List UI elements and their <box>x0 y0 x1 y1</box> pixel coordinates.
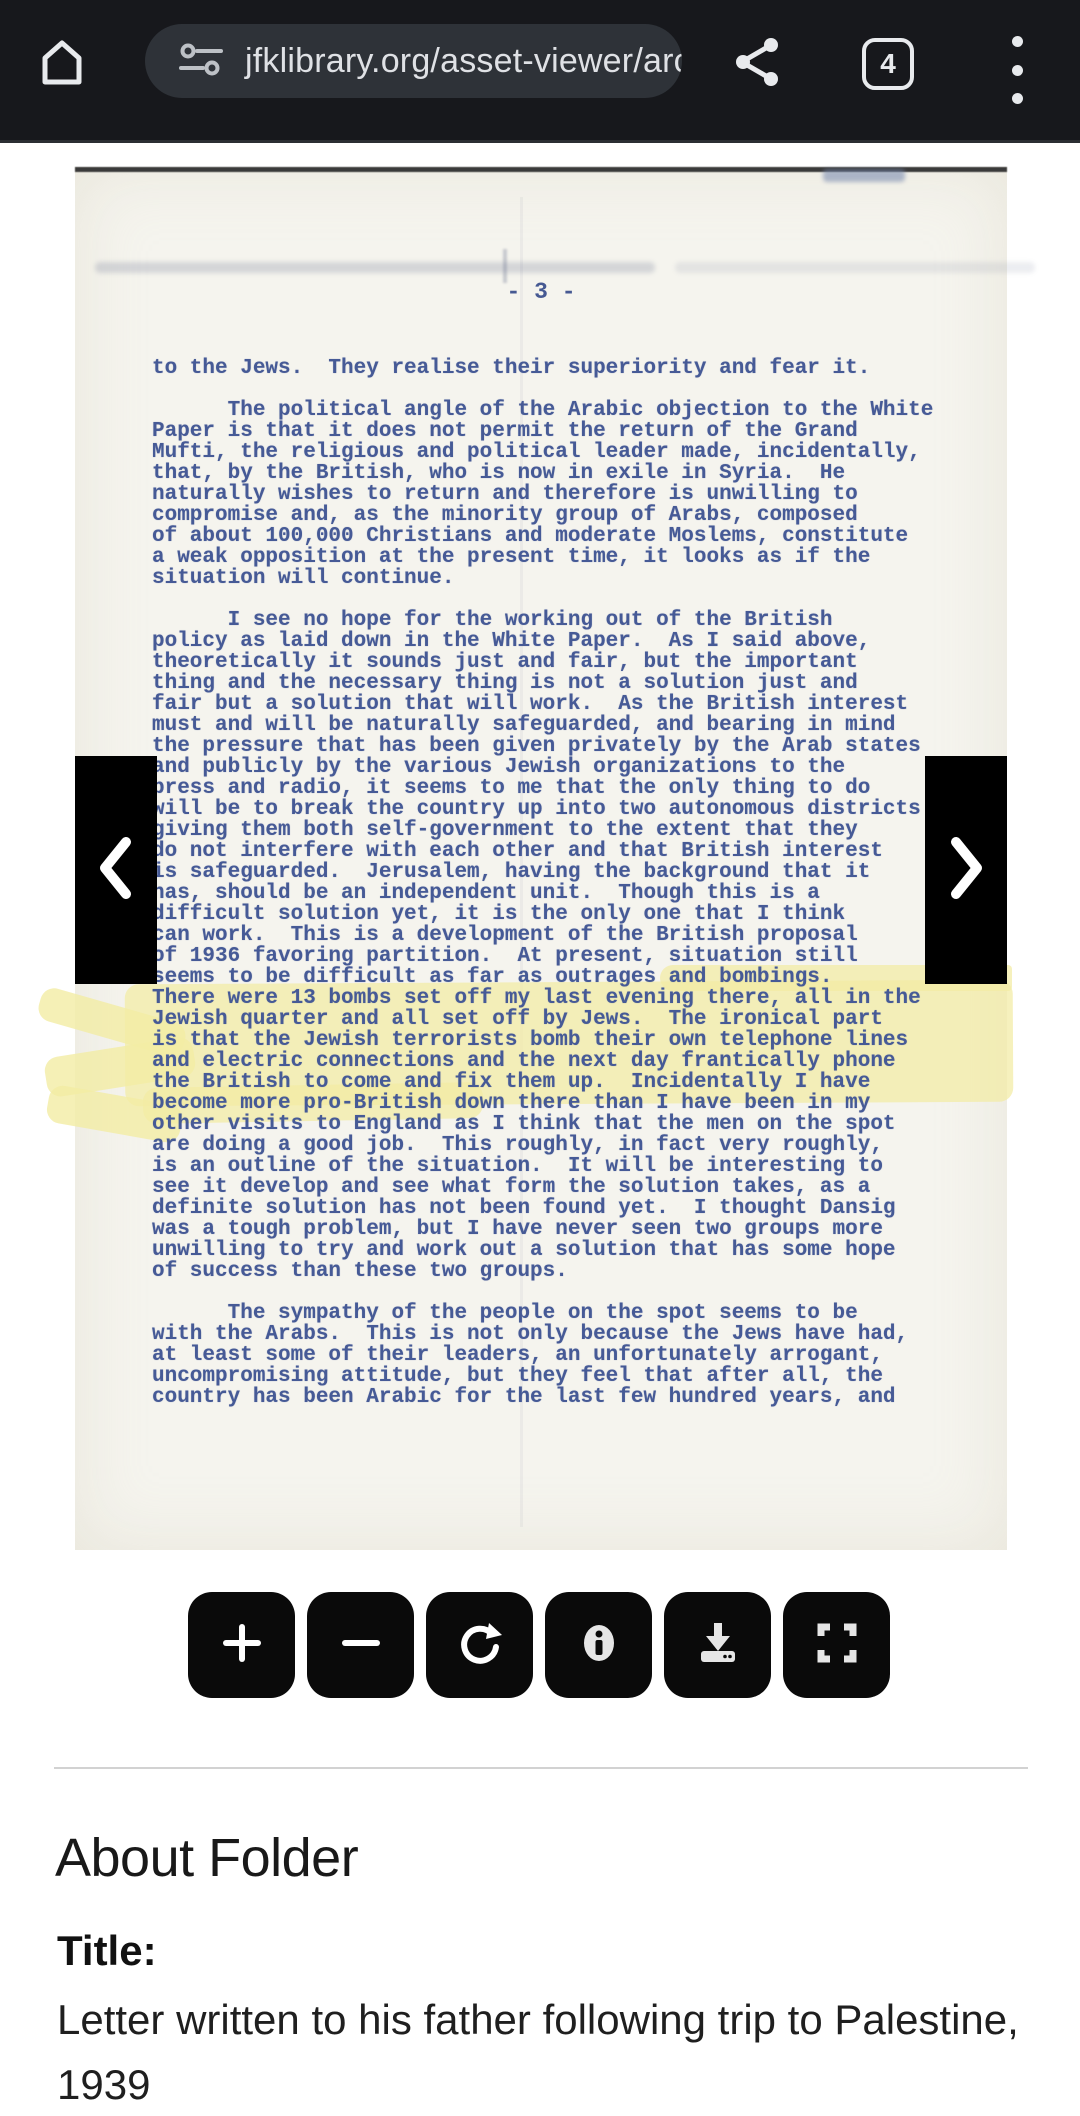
info-icon <box>575 1619 623 1672</box>
browser-menu-button[interactable] <box>1002 36 1032 104</box>
minus-icon <box>337 1619 385 1672</box>
url-bar[interactable]: jfklibrary.org/asset-viewer/arcl <box>145 24 682 98</box>
zoom-out-button[interactable] <box>307 1592 414 1698</box>
paragraph: The sympathy of the people on the spot s… <box>152 1303 1012 1408</box>
home-icon <box>34 77 90 94</box>
kebab-dot <box>1012 36 1023 47</box>
share-icon <box>733 75 783 92</box>
scanned-letter-page: - 3 - to the Jews. They realise their su… <box>75 167 1007 1550</box>
page-number: - 3 - <box>75 279 1007 305</box>
tab-switcher-button[interactable]: 4 <box>862 38 914 90</box>
site-settings-icon[interactable] <box>179 40 223 83</box>
fullscreen-icon <box>813 1619 861 1672</box>
paragraph: I see no hope for the working out of the… <box>152 610 1012 1282</box>
chevron-left-icon <box>96 836 136 905</box>
url-text[interactable]: jfklibrary.org/asset-viewer/arcl <box>245 42 682 81</box>
download-icon <box>694 1619 742 1672</box>
rotate-icon <box>456 1619 504 1672</box>
faint-scribble <box>95 262 655 273</box>
fullscreen-button[interactable] <box>783 1592 890 1698</box>
typewritten-text: to the Jews. They realise their superior… <box>152 358 1012 1429</box>
zoom-in-button[interactable] <box>188 1592 295 1698</box>
download-button[interactable] <box>664 1592 771 1698</box>
previous-page-button[interactable] <box>75 756 157 984</box>
tab-count: 4 <box>880 48 896 80</box>
about-heading: About Folder <box>55 1827 358 1889</box>
browser-toolbar: jfklibrary.org/asset-viewer/arcl 4 <box>0 0 1080 143</box>
share-button[interactable] <box>733 36 783 88</box>
plus-icon <box>218 1619 266 1672</box>
paragraph: The political angle of the Arabic object… <box>152 400 1012 589</box>
asset-viewer: - 3 - to the Jews. They realise their su… <box>0 143 1080 1779</box>
kebab-dot <box>1012 65 1023 76</box>
chevron-right-icon <box>946 836 986 905</box>
section-divider <box>54 1767 1028 1769</box>
faint-mark <box>503 249 507 283</box>
home-button[interactable] <box>34 34 90 90</box>
paragraph: to the Jews. They realise their superior… <box>152 358 1012 379</box>
about-section: About Folder Title: Letter written to hi… <box>0 1779 1080 2116</box>
kebab-dot <box>1012 93 1023 104</box>
viewer-toolbar <box>188 1592 892 1698</box>
title-value: Letter written to his father following t… <box>57 1987 1047 2116</box>
faint-scribble <box>675 262 1035 273</box>
page-smudge <box>823 169 905 182</box>
rotate-button[interactable] <box>426 1592 533 1698</box>
info-button[interactable] <box>545 1592 652 1698</box>
title-label: Title: <box>57 1927 157 1975</box>
screen: jfklibrary.org/asset-viewer/arcl 4 <box>0 0 1080 2116</box>
next-page-button[interactable] <box>925 756 1007 984</box>
